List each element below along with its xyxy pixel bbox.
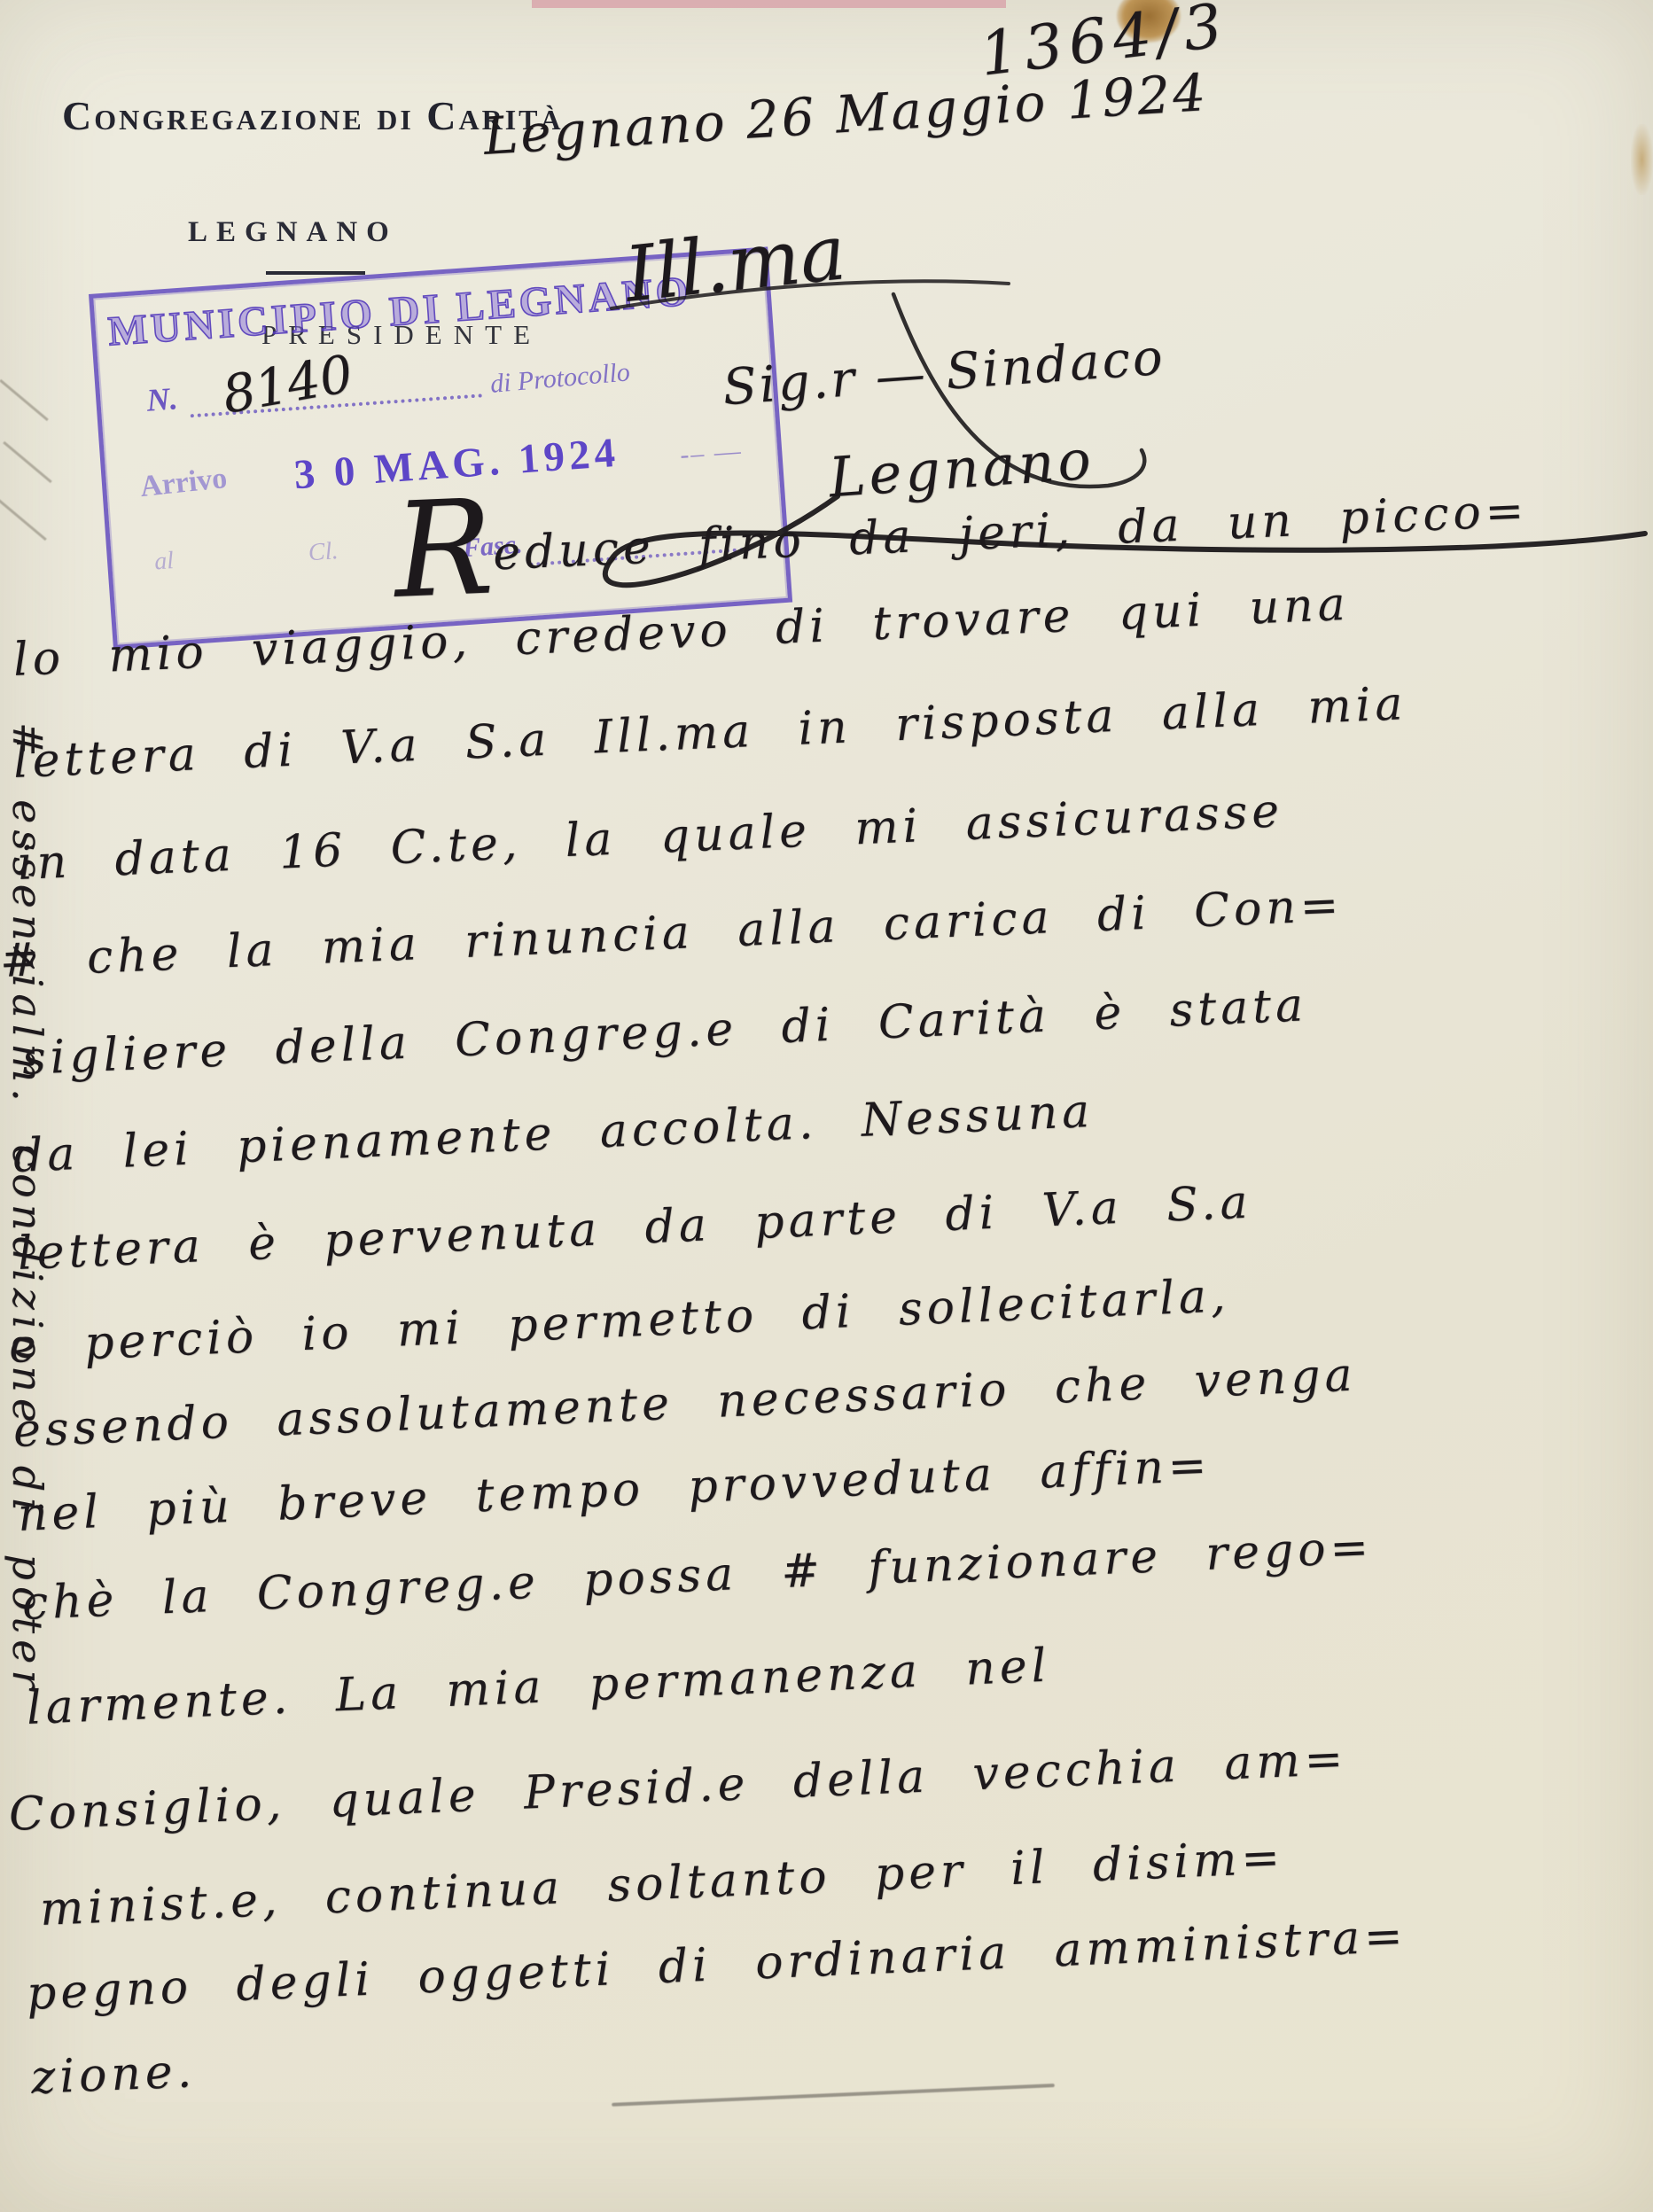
- recipient-city: Legnano: [827, 427, 1096, 510]
- paper-stain: [1631, 124, 1653, 195]
- stamp-al-label: al: [153, 547, 175, 576]
- handwritten-line: larmente. La mia permanenza nel: [26, 1640, 1052, 1735]
- handwritten-line: da lei pienamente accolta. Nessuna: [12, 1085, 1096, 1183]
- handwritten-line: in data 16 C.te, la quale mi assicurasse: [17, 784, 1284, 891]
- paper-edge-tint: [532, 0, 1006, 8]
- handwritten-line: nel più breve tempo provveduta affin=: [17, 1439, 1212, 1542]
- recipient-honorific: Ill.ma: [620, 208, 849, 319]
- stamp-arrival-label: Arrivo: [138, 462, 229, 504]
- handwritten-line: e perciò io mi permetto di sollecitarla,: [8, 1269, 1231, 1374]
- letter-scan-page: Congregazione di Carità LEGNANO PRESIDEN…: [0, 0, 1653, 2212]
- letterhead-rule: [266, 271, 365, 275]
- drop-cap: R: [391, 471, 496, 627]
- pencil-mark: [3, 441, 52, 483]
- pencil-mark: [0, 379, 49, 421]
- stamp-protocol-number: 8140: [218, 343, 357, 425]
- handwritten-line: # che la mia rinuncia alla carica di Con…: [0, 879, 1344, 988]
- handwritten-line: lettera è pervenuta da parte di V.a S.a: [17, 1176, 1253, 1281]
- stamp-cl-label: Cl.: [308, 537, 339, 567]
- handwritten-line: zione.: [30, 2045, 197, 2105]
- stamp-title: MUNICIPIO DI LEGNANO: [106, 268, 693, 356]
- stamp-protocol-suffix: di Protocollo: [489, 357, 631, 400]
- handwritten-line: lettera di V.a S.a Ill.ma in risposta al…: [12, 677, 1408, 789]
- pencil-mark: [0, 499, 47, 541]
- handwritten-line: sigliere della Congreg.e di Carità è sta…: [21, 978, 1308, 1086]
- letterhead-city: LEGNANO: [188, 216, 398, 249]
- handwritten-line: chè la Congreg.e possa # funzionare rego…: [21, 1521, 1374, 1631]
- pencil-underline: [612, 2083, 1055, 2107]
- margin-note: # essenzialm. condizione di poter: [9, 722, 62, 2052]
- handwritten-line: Consiglio, quale Presid.e della vecchia …: [8, 1733, 1349, 1842]
- stamp-number-label: N.: [145, 379, 179, 418]
- dateline: Legnano 26 Maggio 1924: [482, 62, 1210, 167]
- handwritten-line: minist.e, continua soltanto per il disim…: [39, 1831, 1285, 1936]
- recipient-line: Sig.r — Sindaco: [721, 329, 1166, 417]
- stamp-dash-marks: -– —: [679, 436, 744, 471]
